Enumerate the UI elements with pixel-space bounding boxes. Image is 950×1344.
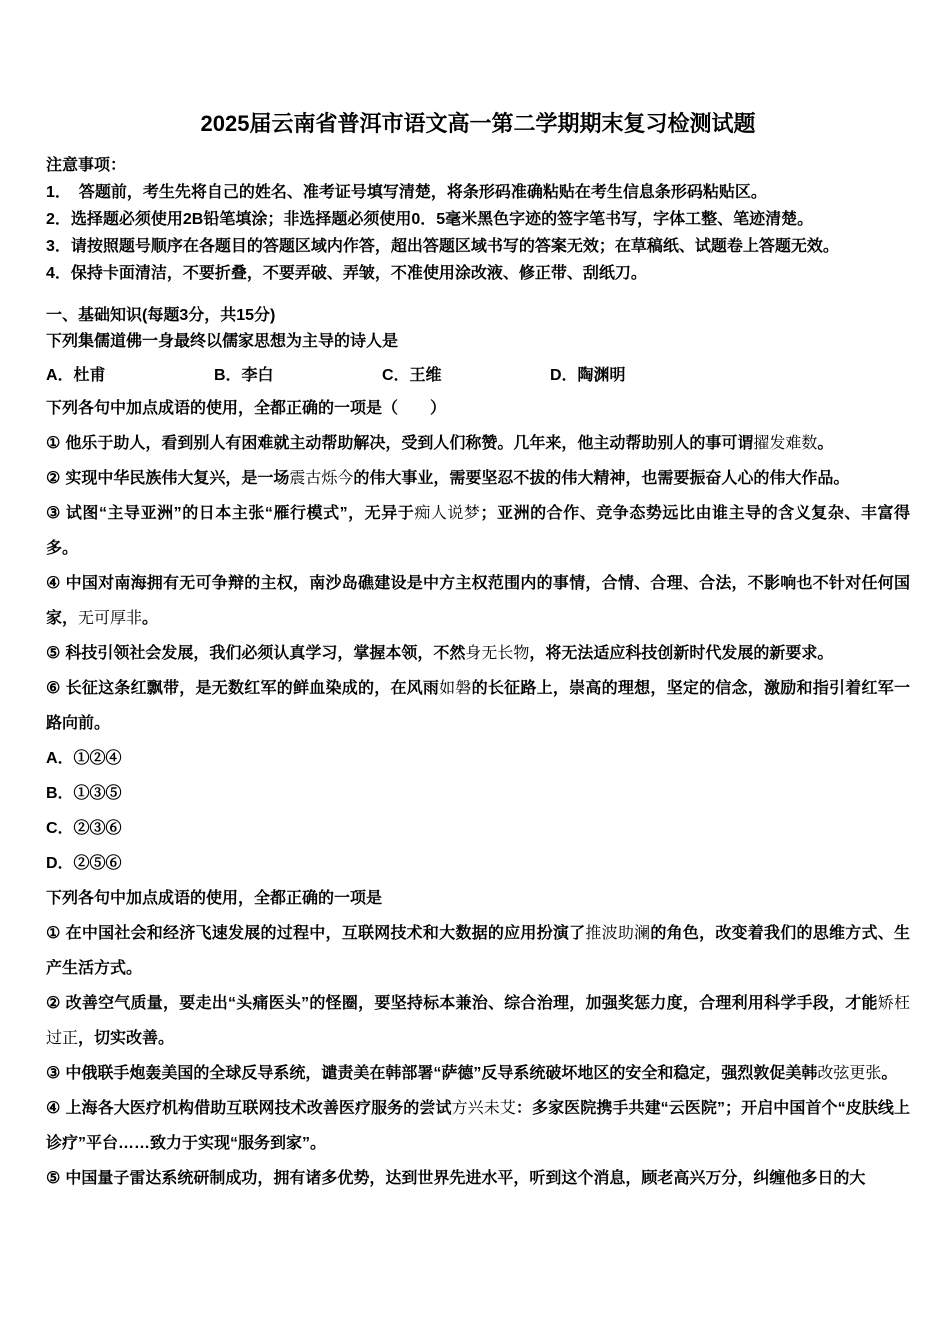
sentence-text: 他乐于助人，看到别人有困难就主动帮助解决，受到人们称赞。几年来，他主动帮助别人的… — [65, 435, 753, 452]
sentence-text: 。 — [817, 435, 833, 452]
question3-items: ①在中国社会和经济飞速发展的过程中，互联网技术和大数据的应用扮演了推波助澜的角色… — [46, 916, 910, 1196]
numbered-sentence: ②实现中华民族伟大复兴，是一场震古烁今的伟大事业，需要坚忍不拔的伟大精神，也需要… — [46, 461, 910, 496]
sentence-text: ，切实改善。 — [78, 1030, 174, 1047]
sentence-text: 在中国社会和经济飞速发展的过程中，互联网技术和大数据的应用扮演了 — [66, 925, 586, 942]
emphasized-idiom: 擢发难数 — [753, 435, 817, 452]
numbered-sentence: ④上海各大医疗机构借助互联网技术改善医疗服务的尝试方兴未艾：多家医院携手共建“云… — [46, 1091, 910, 1161]
answer-option: D．陶渊明 — [550, 361, 626, 391]
numbered-sentence: ①在中国社会和经济飞速发展的过程中，互联网技术和大数据的应用扮演了推波助澜的角色… — [46, 916, 910, 986]
question1-stem: 下列集儒道佛一身最终以儒家思想为主导的诗人是 — [46, 329, 910, 355]
numbered-sentence: ⑤科技引领社会发展，我们必须认真学习，掌握本领，不然身无长物，将无法适应科技创新… — [46, 636, 910, 671]
emphasized-idiom: 震古烁今 — [289, 470, 353, 487]
emphasized-idiom: 身无长物 — [465, 645, 529, 662]
notice-section: 注意事项： 1． 答题前，考生先将自己的姓名、准考证号填写清楚，将条形码准确粘贴… — [46, 152, 910, 287]
item-marker: ⑥ — [46, 680, 61, 697]
notice-list: 1． 答题前，考生先将自己的姓名、准考证号填写清楚，将条形码准确粘贴在考生信息条… — [46, 179, 910, 287]
numbered-sentence: ③试图“主导亚洲”的日本主张“雁行模式”，无异于痴人说梦；亚洲的合作、竞争态势远… — [46, 496, 910, 566]
sentence-text: ，将无法适应科技创新时代发展的新要求。 — [529, 645, 833, 662]
sentence-text: 中国对南海拥有无可争辩的主权，南沙岛礁建设是中方主权范围内的事情，合情、合理、合… — [46, 575, 910, 627]
emphasized-idiom: 无可厚非 — [78, 610, 142, 627]
item-marker: ④ — [46, 1100, 60, 1117]
notice-heading: 注意事项： — [46, 152, 910, 179]
item-marker: ④ — [46, 575, 61, 592]
sentence-text: 实现中华民族伟大复兴，是一场 — [65, 470, 289, 487]
item-marker: ⑤ — [46, 645, 60, 662]
notice-item: 3．请按照题号顺序在各题目的答题区域内作答，超出答题区域书写的答案无效；在草稿纸… — [46, 233, 910, 260]
answer-option: D．②⑤⑥ — [46, 846, 910, 881]
numbered-sentence: ⑤中国量子雷达系统研制成功，拥有诸多优势，达到世界先进水平，听到这个消息，顾老高… — [46, 1161, 910, 1196]
notice-item: 4．保持卡面清洁，不要折叠，不要弄破、弄皱，不准使用涂改液、修正带、刮纸刀。 — [46, 260, 910, 287]
numbered-sentence: ④中国对南海拥有无可争辩的主权，南沙岛礁建设是中方主权范围内的事情，合情、合理、… — [46, 566, 910, 636]
item-marker: ② — [46, 470, 60, 487]
section-heading: 一、基础知识(每题3分，共15分) — [46, 303, 910, 329]
notice-item: 2．选择题必须使用2B铅笔填涂；非选择题必须使用0．5毫米黑色字迹的签字笔书写，… — [46, 206, 910, 233]
emphasized-idiom: 改弦更张 — [817, 1065, 881, 1082]
question1-options-row: A．杜甫B．李白C．王维D．陶渊明 — [46, 361, 910, 391]
question3-stem: 下列各句中加点成语的使用，全都正确的一项是 — [46, 881, 910, 916]
item-marker: ① — [46, 925, 61, 942]
sentence-text: 改善空气质量，要走出“头痛医头”的怪圈，要坚持标本兼治、综合治理，加强奖惩力度，… — [66, 995, 878, 1012]
exam-paper-page: 2025届云南省普洱市语文高一第二学期期末复习检测试题 注意事项： 1． 答题前… — [0, 110, 950, 1196]
answer-option: B．李白 — [214, 361, 382, 391]
emphasized-idiom: 推波助澜 — [585, 925, 650, 942]
question2-items: ①他乐于助人，看到别人有困难就主动帮助解决，受到人们称赞。几年来，他主动帮助别人… — [46, 426, 910, 741]
item-marker: ① — [46, 435, 60, 452]
sentence-text: 中国量子雷达系统研制成功，拥有诸多优势，达到世界先进水平，听到这个消息，顾老高兴… — [65, 1170, 865, 1187]
item-marker: ⑤ — [46, 1170, 60, 1187]
sentence-text: 科技引领社会发展，我们必须认真学习，掌握本领，不然 — [65, 645, 465, 662]
answer-option: A．杜甫 — [46, 361, 214, 391]
item-marker: ② — [46, 995, 61, 1012]
document-title: 2025届云南省普洱市语文高一第二学期期末复习检测试题 — [46, 110, 910, 138]
answer-option: C．王维 — [382, 361, 550, 391]
sentence-text: 的伟大事业，需要坚忍不拔的伟大精神，也需要振奋人心的伟大作品。 — [353, 470, 849, 487]
item-marker: ③ — [46, 505, 61, 522]
numbered-sentence: ③中俄联手炮轰美国的全球反导系统，谴责美在韩部署“萨德”反导系统破坏地区的安全和… — [46, 1056, 910, 1091]
emphasized-idiom: 方兴未艾 — [452, 1100, 516, 1117]
answer-option: C．②③⑥ — [46, 811, 910, 846]
emphasized-idiom: 如磐 — [439, 680, 472, 697]
emphasized-idiom: 痴人说梦 — [414, 505, 480, 522]
sentence-text: 上海各大医疗机构借助互联网技术改善医疗服务的尝试 — [65, 1100, 451, 1117]
sentence-text: 。 — [881, 1065, 897, 1082]
sentence-text: 中俄联手炮轰美国的全球反导系统，谴责美在韩部署“萨德”反导系统破坏地区的安全和稳… — [65, 1065, 817, 1082]
question2-stem: 下列各句中加点成语的使用，全都正确的一项是（ ） — [46, 391, 910, 426]
numbered-sentence: ①他乐于助人，看到别人有困难就主动帮助解决，受到人们称赞。几年来，他主动帮助别人… — [46, 426, 910, 461]
numbered-sentence: ②改善空气质量，要走出“头痛医头”的怪圈，要坚持标本兼治、综合治理，加强奖惩力度… — [46, 986, 910, 1056]
question2-options: A．①②④B．①③⑤C．②③⑥D．②⑤⑥ — [46, 741, 910, 881]
numbered-sentence: ⑥长征这条红飘带，是无数红军的鲜血染成的，在风雨如磐的长征路上，崇高的理想，坚定… — [46, 671, 910, 741]
answer-option: A．①②④ — [46, 741, 910, 776]
sentence-text: 试图“主导亚洲”的日本主张“雁行模式”，无异于 — [66, 505, 414, 522]
sentence-text: 。 — [142, 610, 158, 627]
sentence-text: 长征这条红飘带，是无数红军的鲜血染成的，在风雨 — [66, 680, 440, 697]
item-marker: ③ — [46, 1065, 60, 1082]
notice-item: 1． 答题前，考生先将自己的姓名、准考证号填写清楚，将条形码准确粘贴在考生信息条… — [46, 179, 910, 206]
answer-option: B．①③⑤ — [46, 776, 910, 811]
